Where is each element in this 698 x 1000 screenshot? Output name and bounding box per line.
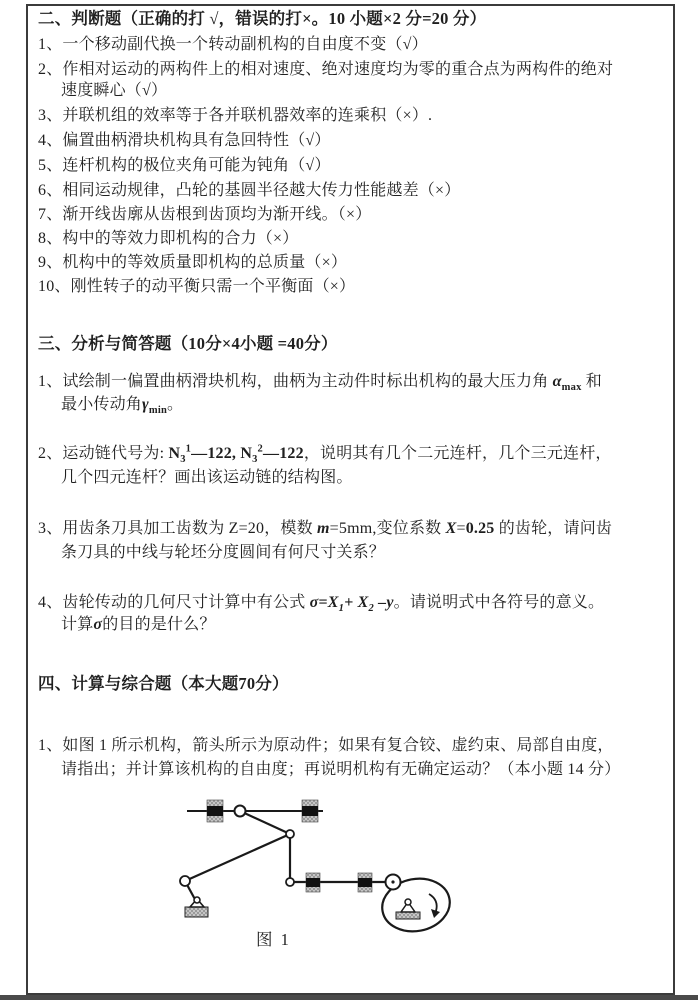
sa-q3-d: 的齿轮，请问齿 xyxy=(495,520,613,537)
tf-question-10: 10、刚性转子的动平衡只需一个平衡面（×） xyxy=(38,277,355,297)
scan-edge xyxy=(0,995,698,1000)
sa-q3-eq: = xyxy=(456,520,465,537)
top-slider-guide-right xyxy=(302,800,318,822)
sa-q4-text: 4、齿轮传动的几何尺寸计算中有公式 xyxy=(38,594,310,611)
sa-question-2-cont: 几个四元连杆？画出该运动链的结构图。 xyxy=(61,468,353,488)
revolute-joint-bottom xyxy=(286,878,294,886)
section4-title: 四、计算与综合题（本大题70分） xyxy=(38,674,289,694)
tf-question-3: 3、并联机组的效率等于各并联机器效率的连乘积（×）. xyxy=(38,106,432,126)
gamma-sub: min xyxy=(149,405,167,416)
mechanism-diagram xyxy=(148,791,478,946)
module-symbol: m xyxy=(317,520,330,537)
tf-question-7: 7、渐开线齿廓从齿根到齿顶均为渐开线。（×） xyxy=(38,205,371,225)
chain-code-d1: —122, xyxy=(191,445,240,462)
sa-q3-text: 3、用齿条刀具加工齿数为 Z=20，模数 xyxy=(38,520,317,537)
sa-question-1-cont: 最小传动角γmin。 xyxy=(61,395,183,415)
chain-code-n2-sub: 3 xyxy=(252,454,257,465)
sa-q4-l2-end: 的目的是什么？ xyxy=(102,616,215,633)
sa-q1-text: 1、试绘制一偏置曲柄滑块机构，曲柄为主动件时标出机构的最大压力角 xyxy=(38,373,553,390)
sa-q2-text: 2、运动链代号为: xyxy=(38,445,168,462)
tf-question-2-cont: 速度瞬心（√） xyxy=(61,81,167,101)
sa-question-3: 3、用齿条刀具加工齿数为 Z=20，模数 m=5mm,变位系数 X=0.25 的… xyxy=(38,519,612,539)
formula-part3: –y xyxy=(374,594,394,611)
top-slider-guide-left xyxy=(207,800,223,822)
chain-code-n2: N xyxy=(240,445,252,462)
revolute-joint-left xyxy=(180,876,190,886)
sa-question-4: 4、齿轮传动的几何尺寸计算中有公式 σ=X1+ X2 –y。请说明式中各符号的意… xyxy=(38,593,604,613)
calc-question-1: 1、如图 1 所示机构，箭头所示为原动件；如果有复合铰、虚约束、局部自由度， xyxy=(38,736,614,756)
section3-title: 三、分析与简答题（10分×4小题 =40分） xyxy=(38,334,338,354)
chain-code-n1: N xyxy=(168,445,180,462)
ground-pivot-left xyxy=(185,897,208,917)
tf-question-4: 4、偏置曲柄滑块机构具有急回特性（√） xyxy=(38,131,331,151)
horizontal-slider-left xyxy=(306,873,320,892)
sa-q4-post: 。请说明式中各符号的意义。 xyxy=(394,594,605,611)
tf-question-2: 2、作相对运动的两构件上的相对速度、绝对速度均为零的重合点为两构件的绝对 xyxy=(38,60,613,80)
formula-part2: + X xyxy=(344,594,368,611)
chain-code-n1-sub: 3 xyxy=(180,454,185,465)
tf-question-8: 8、构中的等效力即机构的合力（×） xyxy=(38,229,298,249)
sa-question-4-cont: 计算σ的目的是什么？ xyxy=(61,615,216,635)
sa-q1-l2-text: 最小传动角 xyxy=(61,396,142,413)
tf-question-5: 5、连杆机构的极位夹角可能为钝角（√） xyxy=(38,156,331,176)
alpha-symbol: α xyxy=(553,373,562,390)
sa-q1-end: 。 xyxy=(167,396,183,413)
sa-question-1: 1、试绘制一偏置曲柄滑块机构，曲柄为主动件时标出机构的最大压力角 αmax 和 xyxy=(38,372,602,392)
sa-q3-b: =5mm,变位系数 xyxy=(330,520,446,537)
sa-q2-post: ，说明其有几个二元连杆，几个三元连杆， xyxy=(304,445,612,462)
figure-caption: 图 1 xyxy=(256,926,291,950)
gamma-symbol: γ xyxy=(142,396,149,413)
sa-q4-l2-text: 计算 xyxy=(61,616,93,633)
link-long xyxy=(185,834,290,881)
formula: σ=X1+ X2 –y xyxy=(310,594,394,611)
roller-joint xyxy=(386,875,401,890)
tf-question-1: 1、一个移动副代换一个转动副机构的自由度不变（√） xyxy=(38,35,428,55)
link-top xyxy=(240,811,290,834)
revolute-joint-mid xyxy=(286,830,294,838)
sa-question-2: 2、运动链代号为: N31—122, N32—122，说明其有几个二元连杆，几个… xyxy=(38,444,612,464)
chain-code-d2: —122 xyxy=(263,445,304,462)
sigma-symbol: σ xyxy=(93,616,102,633)
shift-coeff-value: 0.25 xyxy=(466,520,495,537)
formula-part1: σ=X xyxy=(310,594,339,611)
page-border: 二、判断题（正确的打 √，错误的打×。10 小题×2 分=20 分） 1、一个移… xyxy=(26,4,675,995)
sa-question-3-cont: 条刀具的中线与轮坯分度圆间有何尺寸关系？ xyxy=(61,543,385,563)
tf-question-6: 6、相同运动规律，凸轮的基圆半径越大传力性能越差（×） xyxy=(38,181,460,201)
section2-title: 二、判断题（正确的打 √，错误的打×。10 小题×2 分=20 分） xyxy=(38,9,486,29)
shift-coeff-symbol: X xyxy=(446,520,457,537)
alpha-sub: max xyxy=(562,382,582,393)
calc-question-1-cont: 请指出；并计算该机构的自由度；再说明机构有无确定运动？（本小题 14 分） xyxy=(61,760,620,780)
tf-question-9: 9、机构中的等效质量即机构的总质量（×） xyxy=(38,253,347,273)
sa-q1-mid: 和 xyxy=(582,373,602,390)
revolute-joint-top xyxy=(235,806,246,817)
horizontal-slider-right xyxy=(358,873,372,892)
